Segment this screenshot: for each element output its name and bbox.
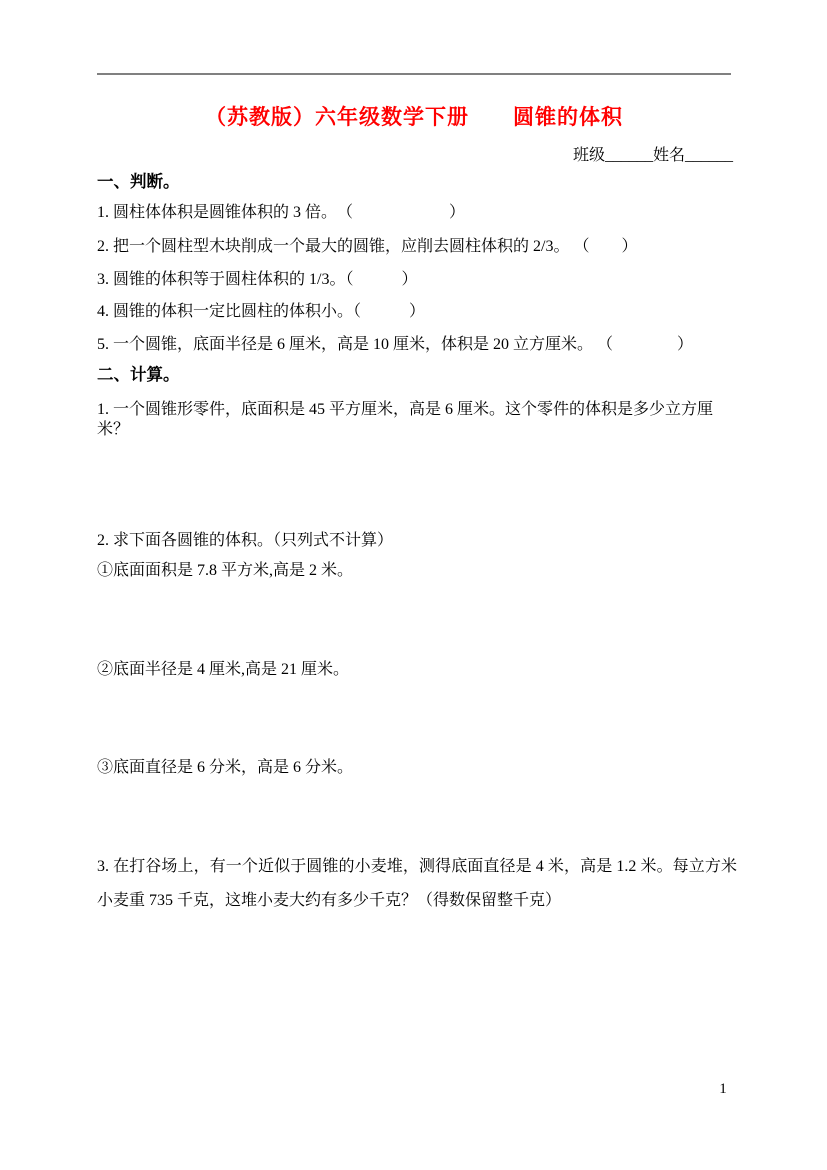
judge-item-4: 4. 圆锥的体积一定比圆柱的体积小。（ ） bbox=[97, 302, 737, 322]
header-rule bbox=[97, 73, 731, 75]
judge-item-1: 1. 圆柱体体积是圆锥体积的 3 倍。 （ ） bbox=[97, 203, 737, 223]
judge-item-2: 2. 把一个圆柱型木块削成一个最大的圆锥，应削去圆柱体积的 2/3。 （ ） bbox=[97, 237, 737, 257]
judge-item-5: 5. 一个圆锥，底面半径是 6 厘米，高是 10 厘米，体积是 20 立方厘米。… bbox=[97, 335, 737, 355]
judge-section-heading: 一、判断。 bbox=[97, 172, 737, 192]
worksheet-title: （苏教版）六年级数学下册 圆锥的体积 bbox=[97, 104, 731, 130]
judge-item-3: 3. 圆锥的体积等于圆柱体积的 1/3。（ ） bbox=[97, 270, 737, 290]
calc-question-2-sub-3: ③底面直径是 6 分米，高是 6 分米。 bbox=[97, 758, 737, 778]
calc-section-heading: 二、计算。 bbox=[97, 365, 737, 385]
page-number: 1 bbox=[716, 1080, 730, 1098]
calc-question-2-sub-1: ①底面面积是 7.8 平方米,高是 2 米。 bbox=[97, 561, 737, 581]
calc-question-2: 2. 求下面各圆锥的体积。（只列式不计算） bbox=[97, 531, 737, 551]
calc-question-2-sub-2: ②底面半径是 4 厘米,高是 21 厘米。 bbox=[97, 660, 737, 680]
class-name-blanks: 班级______姓名______ bbox=[97, 146, 733, 166]
calc-question-1: 1. 一个圆锥形零件，底面积是 45 平方厘米，高是 6 厘米。这个零件的体积是… bbox=[97, 400, 737, 440]
calc-question-3: 3. 在打谷场上，有一个近似于圆锥的小麦堆，测得底面直径是 4 米，高是 1.2… bbox=[97, 850, 737, 918]
worksheet-page: （苏教版）六年级数学下册 圆锥的体积 班级______姓名______ 一、判断… bbox=[0, 0, 827, 1170]
